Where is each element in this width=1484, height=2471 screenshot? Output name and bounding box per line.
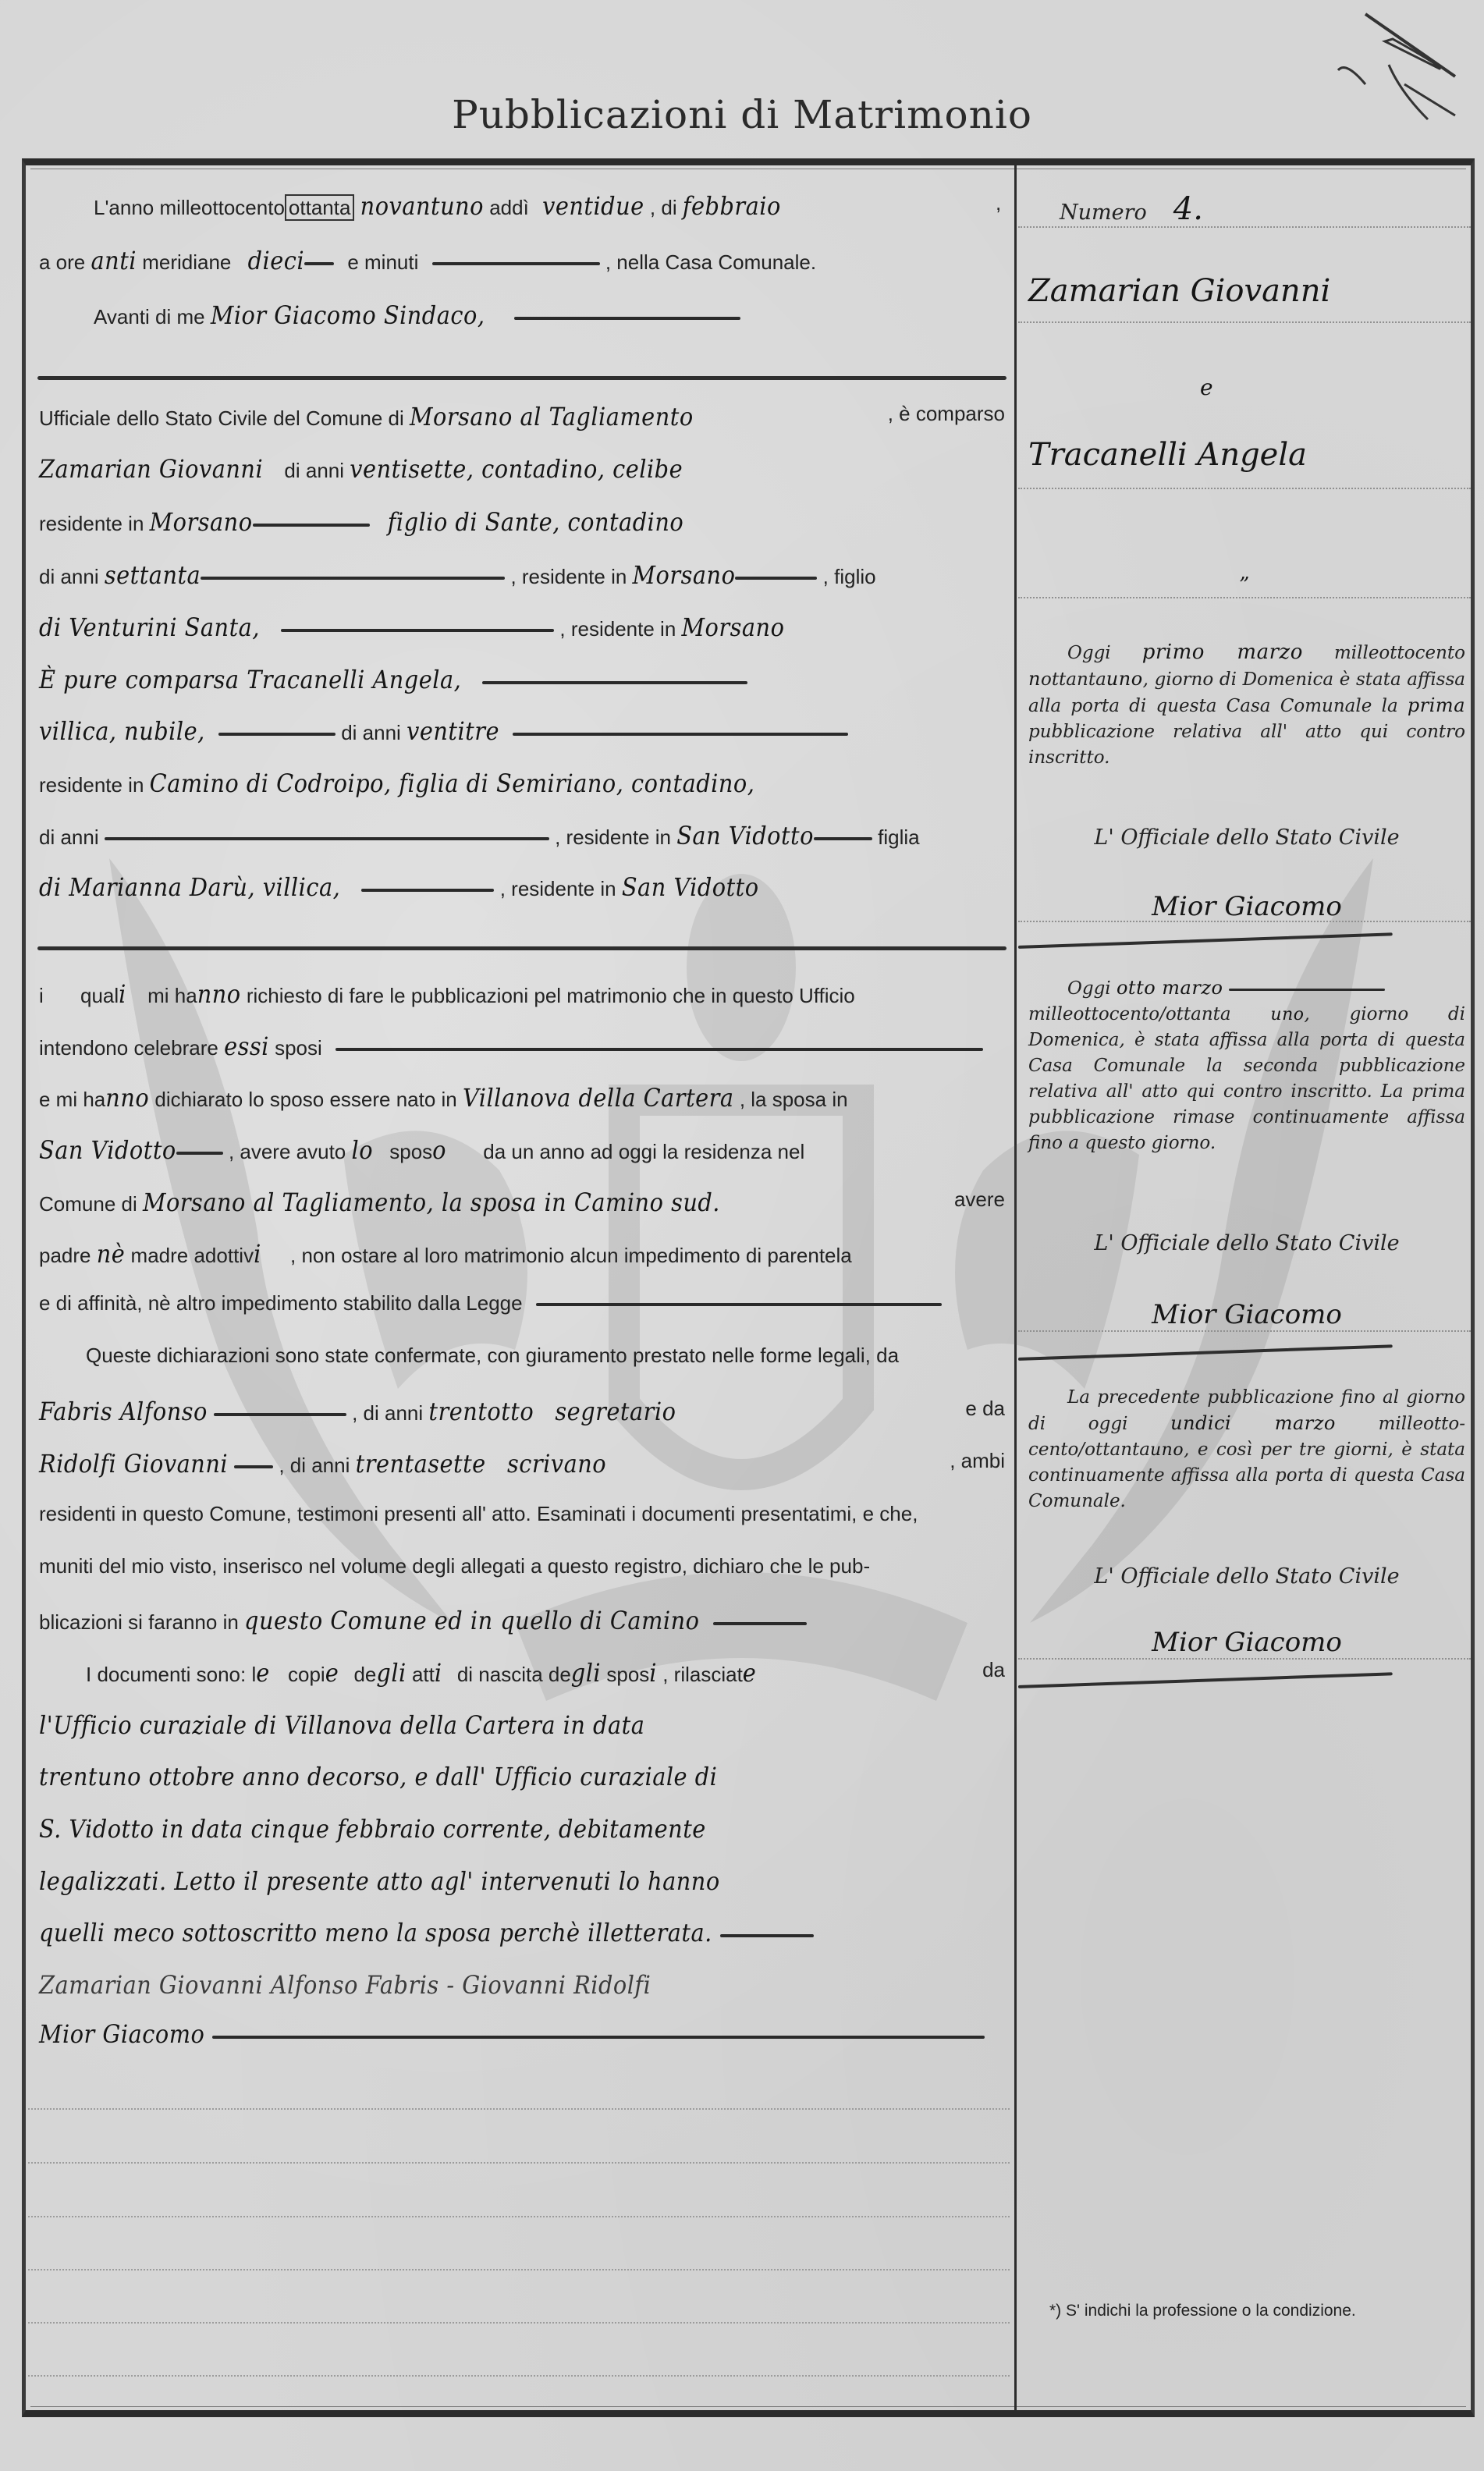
bride-name-margin: Tracanelli Angela [1028, 437, 1465, 473]
witness2-age-field[interactable]: trentasette [356, 1449, 486, 1479]
bride-name-field[interactable]: È pure comparsa Tracanelli Angela, [39, 665, 461, 694]
month-field[interactable]: febbraio [683, 191, 781, 221]
witness1-age-field[interactable]: trentotto [428, 1397, 534, 1426]
header-line-officer: Avanti di me Mior Giacomo Sindaco, [39, 300, 1005, 347]
parties-line-bride-father: di anni , residente in San Vidotto figli… [39, 821, 1005, 868]
end-date-field[interactable]: undici marzo [1170, 1412, 1336, 1434]
officer-signature: Mior Giacomo [1028, 891, 1465, 922]
bride-father-age-field[interactable] [105, 837, 549, 840]
officer-title: L' Officiale dello Stato Civile [1028, 1564, 1465, 1589]
mother-residence-field[interactable]: Morsano [682, 612, 785, 642]
third-publication-block: La precedente pubblicazione fino al gior… [1028, 1385, 1465, 1514]
officer-title: L' Officiale dello Stato Civile [1028, 1231, 1465, 1255]
witness1-profession-field[interactable]: segretario [555, 1397, 676, 1426]
witnesses-line-6: blicazioni si faranno in questo Comune e… [39, 1606, 1005, 1653]
bride-mother-field[interactable]: di Marianna Darù, villica, [39, 872, 340, 902]
witnesses-line-4: residenti in questo Comune, testimoni pr… [39, 1502, 1005, 1549]
documents-line-1: I documenti sono: le copie degli atti di… [39, 1658, 1005, 1705]
officer-title: L' Officiale dello Stato Civile [1028, 825, 1465, 850]
parties-line-mother: di Venturini Santa, , residente in Morsa… [39, 612, 1005, 659]
bride-residence-field[interactable]: Camino di Codroipo, figlia di Semiriano,… [150, 769, 755, 798]
parties-line-bride-mother: di Marianna Darù, villica, , residente i… [39, 872, 1005, 919]
declaration-line-6: padre nè madre adottivi , non ostare al … [39, 1239, 1005, 1286]
groom-birthplace-field[interactable]: Villanova della Cartera [463, 1083, 734, 1113]
bride-profession-field[interactable]: villica, nubile, [39, 716, 205, 746]
parties-line-father-age: di anni settanta , residente in Morsano … [39, 560, 1005, 607]
groom-mother-field[interactable]: di Venturini Santa, [39, 612, 260, 642]
declaration-line-5: Comune di Morsano al Tagliamento, la spo… [39, 1188, 1005, 1234]
witnesses-line-1: Queste dichiarazioni sono state conferma… [39, 1344, 1005, 1390]
residence-comune-field[interactable]: Morsano al Tagliamento, la sposa in Cami… [143, 1188, 720, 1217]
section-separator [37, 946, 1006, 950]
groom-residence-field[interactable]: Morsano [150, 507, 253, 537]
declaration-line-3: e mi hanno dichiarato lo sposo essere na… [39, 1083, 1005, 1130]
declaration-line-4: San Vidotto , avere avuto lo sposo da un… [39, 1135, 1005, 1182]
day-field[interactable]: ventidue [542, 191, 644, 221]
document-title: Pubblicazioni di Matrimonio [0, 92, 1484, 137]
witness2-profession-field[interactable]: scrivano [507, 1449, 606, 1479]
corner-signature-mark-icon [1291, 6, 1471, 123]
bride-father-residence-field[interactable]: San Vidotto [676, 821, 814, 850]
groom-age-profession-field[interactable]: ventisette, contadino, celibe [350, 454, 683, 484]
declaration-line-7: e di affinità, nè altro impedimento stab… [39, 1291, 1005, 1338]
bride-mother-residence-field[interactable]: San Vidotto [622, 872, 759, 902]
ruled-line [28, 2269, 1010, 2270]
comune-field[interactable]: Morsano al Tagliamento [410, 402, 694, 431]
parties-line-groom-residence: residente in Morsano figlio di Sante, co… [39, 507, 1005, 554]
second-publication-date-field[interactable]: otto marzo [1117, 977, 1223, 999]
witness2-name-field[interactable]: Ridolfi Giovanni [39, 1449, 228, 1479]
ruled-line [28, 2375, 1010, 2377]
boxed-year-word: ottanta [285, 194, 355, 221]
second-publication-block: Oggi otto marzo milleottocento/ottanta u… [1028, 975, 1465, 1156]
conjunction: e [1028, 375, 1465, 400]
officer-signature: Mior Giacomo [1028, 1627, 1465, 1658]
footnote: *) S' indichi la professione o la condiz… [1049, 2302, 1356, 2320]
hour-field[interactable]: dieci [248, 246, 304, 275]
groom-father-field[interactable]: figlio di Sante, contadino [388, 507, 683, 537]
first-publication-date-field[interactable]: primo marzo [1142, 641, 1303, 664]
parties-line-bride: È pure comparsa Tracanelli Angela, [39, 665, 1005, 712]
ruled-line [28, 2108, 1010, 2110]
groom-name-field[interactable]: Zamarian Giovanni [39, 454, 263, 484]
officer-signature: Mior Giacomo [1028, 1299, 1465, 1330]
bride-birthplace-field[interactable]: San Vidotto [39, 1135, 176, 1165]
section-separator [37, 376, 1006, 380]
documents-hw-line: legalizzati. Letto il presente atto agl'… [39, 1866, 1005, 1913]
ruled-line [28, 2162, 1010, 2164]
documents-hw-line: S. Vidotto in data cinque febbraio corre… [39, 1814, 1005, 1861]
documents-hw-line: quelli meco sottoscritto meno la sposa p… [39, 1918, 1005, 1965]
first-publication-block: Oggi primo marzo milleottocento nottanta… [1028, 640, 1465, 771]
parties-line-groom: Zamarian Giovanni di anni ventisette, co… [39, 454, 1005, 501]
declaration-line-1: i quali mi hanno richiesto di fare le pu… [39, 979, 1005, 1026]
minutes-field[interactable] [432, 262, 600, 265]
header-line-time: a ore anti meridiane dieci e minuti , ne… [39, 246, 1005, 293]
officer-signature-line: Mior Giacomo [39, 2019, 1005, 2066]
witness1-name-field[interactable]: Fabris Alfonso [39, 1397, 208, 1426]
year-field[interactable]: novantuno [360, 191, 484, 221]
publication-places-field[interactable]: questo Comune ed in quello di Camino [244, 1606, 699, 1635]
ditto-mark: ” [1028, 573, 1465, 597]
officer-field[interactable]: Mior Giacomo Sindaco, [211, 300, 485, 330]
period-field[interactable]: anti [91, 246, 137, 275]
father-age-field[interactable]: settanta [105, 560, 201, 590]
parties-line-comune: Ufficiale dello Stato Civile del Comune … [39, 402, 1005, 449]
groom-name-margin: Zamarian Giovanni [1028, 273, 1465, 309]
parties-line-bride-age: villica, nubile, di anni ventitre [39, 716, 1005, 763]
record-number-value[interactable]: 4. [1173, 191, 1203, 227]
bride-age-field[interactable]: ventitre [407, 716, 499, 746]
witnesses-line-2: Fabris Alfonso , di anni trentotto segre… [39, 1397, 1005, 1443]
documents-hw-line: l'Ufficio curaziale di Villanova della C… [39, 1710, 1005, 1757]
ruled-line [28, 2322, 1010, 2324]
documents-hw-line: trentuno ottobre anno decorso, e dall' U… [39, 1762, 1005, 1809]
signatures-line: Zamarian Giovanni Alfonso Fabris - Giova… [39, 1970, 1005, 2017]
witnesses-line-3: Ridolfi Giovanni , di anni trentasette s… [39, 1449, 1005, 1496]
record-number: Numero 4. [1028, 191, 1465, 227]
declaration-line-2: intendono celebrare essi sposi [39, 1031, 1005, 1078]
father-residence-field[interactable]: Morsano [633, 560, 736, 590]
witnesses-line-5: muniti del mio visto, inserisco nel volu… [39, 1554, 1005, 1601]
parties-line-bride-residence: residente in Camino di Codroipo, figlia … [39, 769, 1005, 815]
ruled-line [28, 2216, 1010, 2217]
header-line-date: L'anno milleottocentoottanta novantuno a… [39, 191, 1005, 238]
